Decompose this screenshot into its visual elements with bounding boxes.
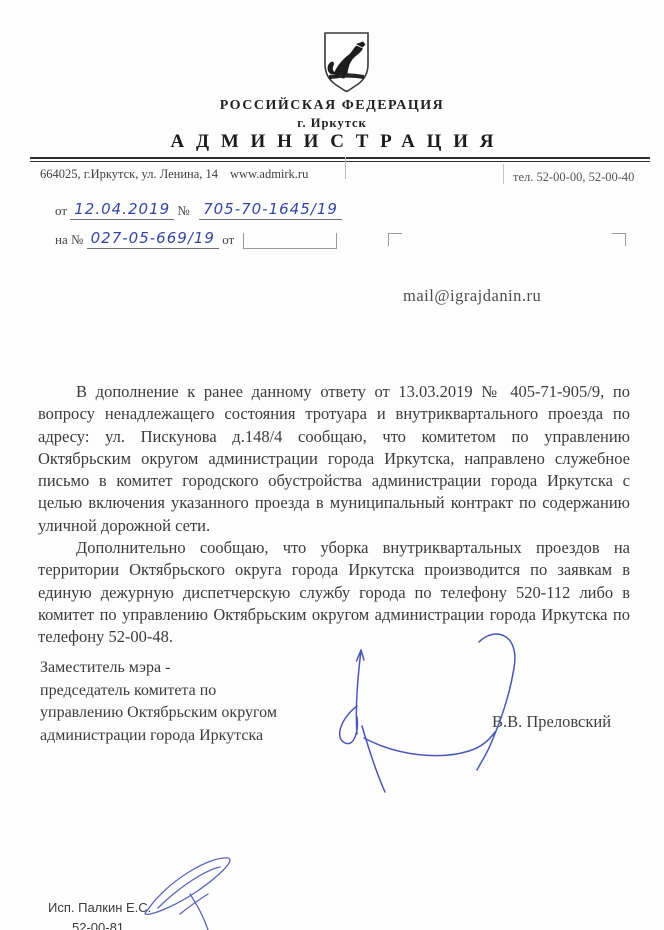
date-label: от (55, 203, 67, 220)
reply-date-label: от (222, 232, 234, 249)
organization-title: АДМИНИСТРАЦИЯ (0, 131, 664, 153)
incoming-number-value: 027-05-669/19 (87, 229, 219, 249)
postal-address: 664025, г.Иркутск, ул. Ленина, 14www.adm… (40, 167, 308, 182)
address-text: 664025, г.Иркутск, ул. Ленина, 14 (40, 167, 218, 181)
website-text: www.admirk.ru (230, 167, 308, 181)
reply-label: на № (55, 232, 83, 249)
letterhead-phone: тел. 52-00-00, 52-00-40 (513, 170, 634, 185)
executor-paraph-signature (138, 850, 242, 930)
outgoing-date-value: 12.04.2019 (70, 200, 174, 220)
incoming-reference-line: на № 027-05-669/19 от (55, 229, 337, 249)
signer-position: Заместитель мэра - председатель комитета… (40, 657, 340, 747)
addressee-corner-mark-left (388, 233, 402, 246)
handwritten-signature (328, 628, 523, 798)
addressee-email: mail@igrajdanin.ru (403, 286, 541, 306)
address-separator (345, 157, 346, 179)
body-paragraph-1: В дополнение к ранее данному ответу от 1… (38, 381, 630, 537)
executor-phone: 52-00-81 (72, 920, 124, 930)
outgoing-number-value: 705-70-1645/19 (199, 200, 342, 220)
number-label: № (177, 203, 189, 220)
incoming-date-empty-field (243, 233, 337, 249)
outgoing-reference-line: от 12.04.2019 № 705-70-1645/19 (55, 200, 342, 220)
irkutsk-coat-of-arms-icon (321, 31, 372, 99)
city-title: г. Иркутск (0, 116, 664, 131)
country-title: РОССИЙСКАЯ ФЕДЕРАЦИЯ (0, 98, 664, 114)
executor-name: Исп. Палкин Е.С. (48, 900, 151, 915)
header-divider (30, 157, 650, 162)
scanned-letter-page: РОССИЙСКАЯ ФЕДЕРАЦИЯ г. Иркутск АДМИНИСТ… (0, 0, 664, 930)
phone-separator (503, 164, 504, 184)
letter-body: В дополнение к ранее данному ответу от 1… (38, 381, 630, 649)
addressee-corner-mark-right (612, 233, 626, 246)
